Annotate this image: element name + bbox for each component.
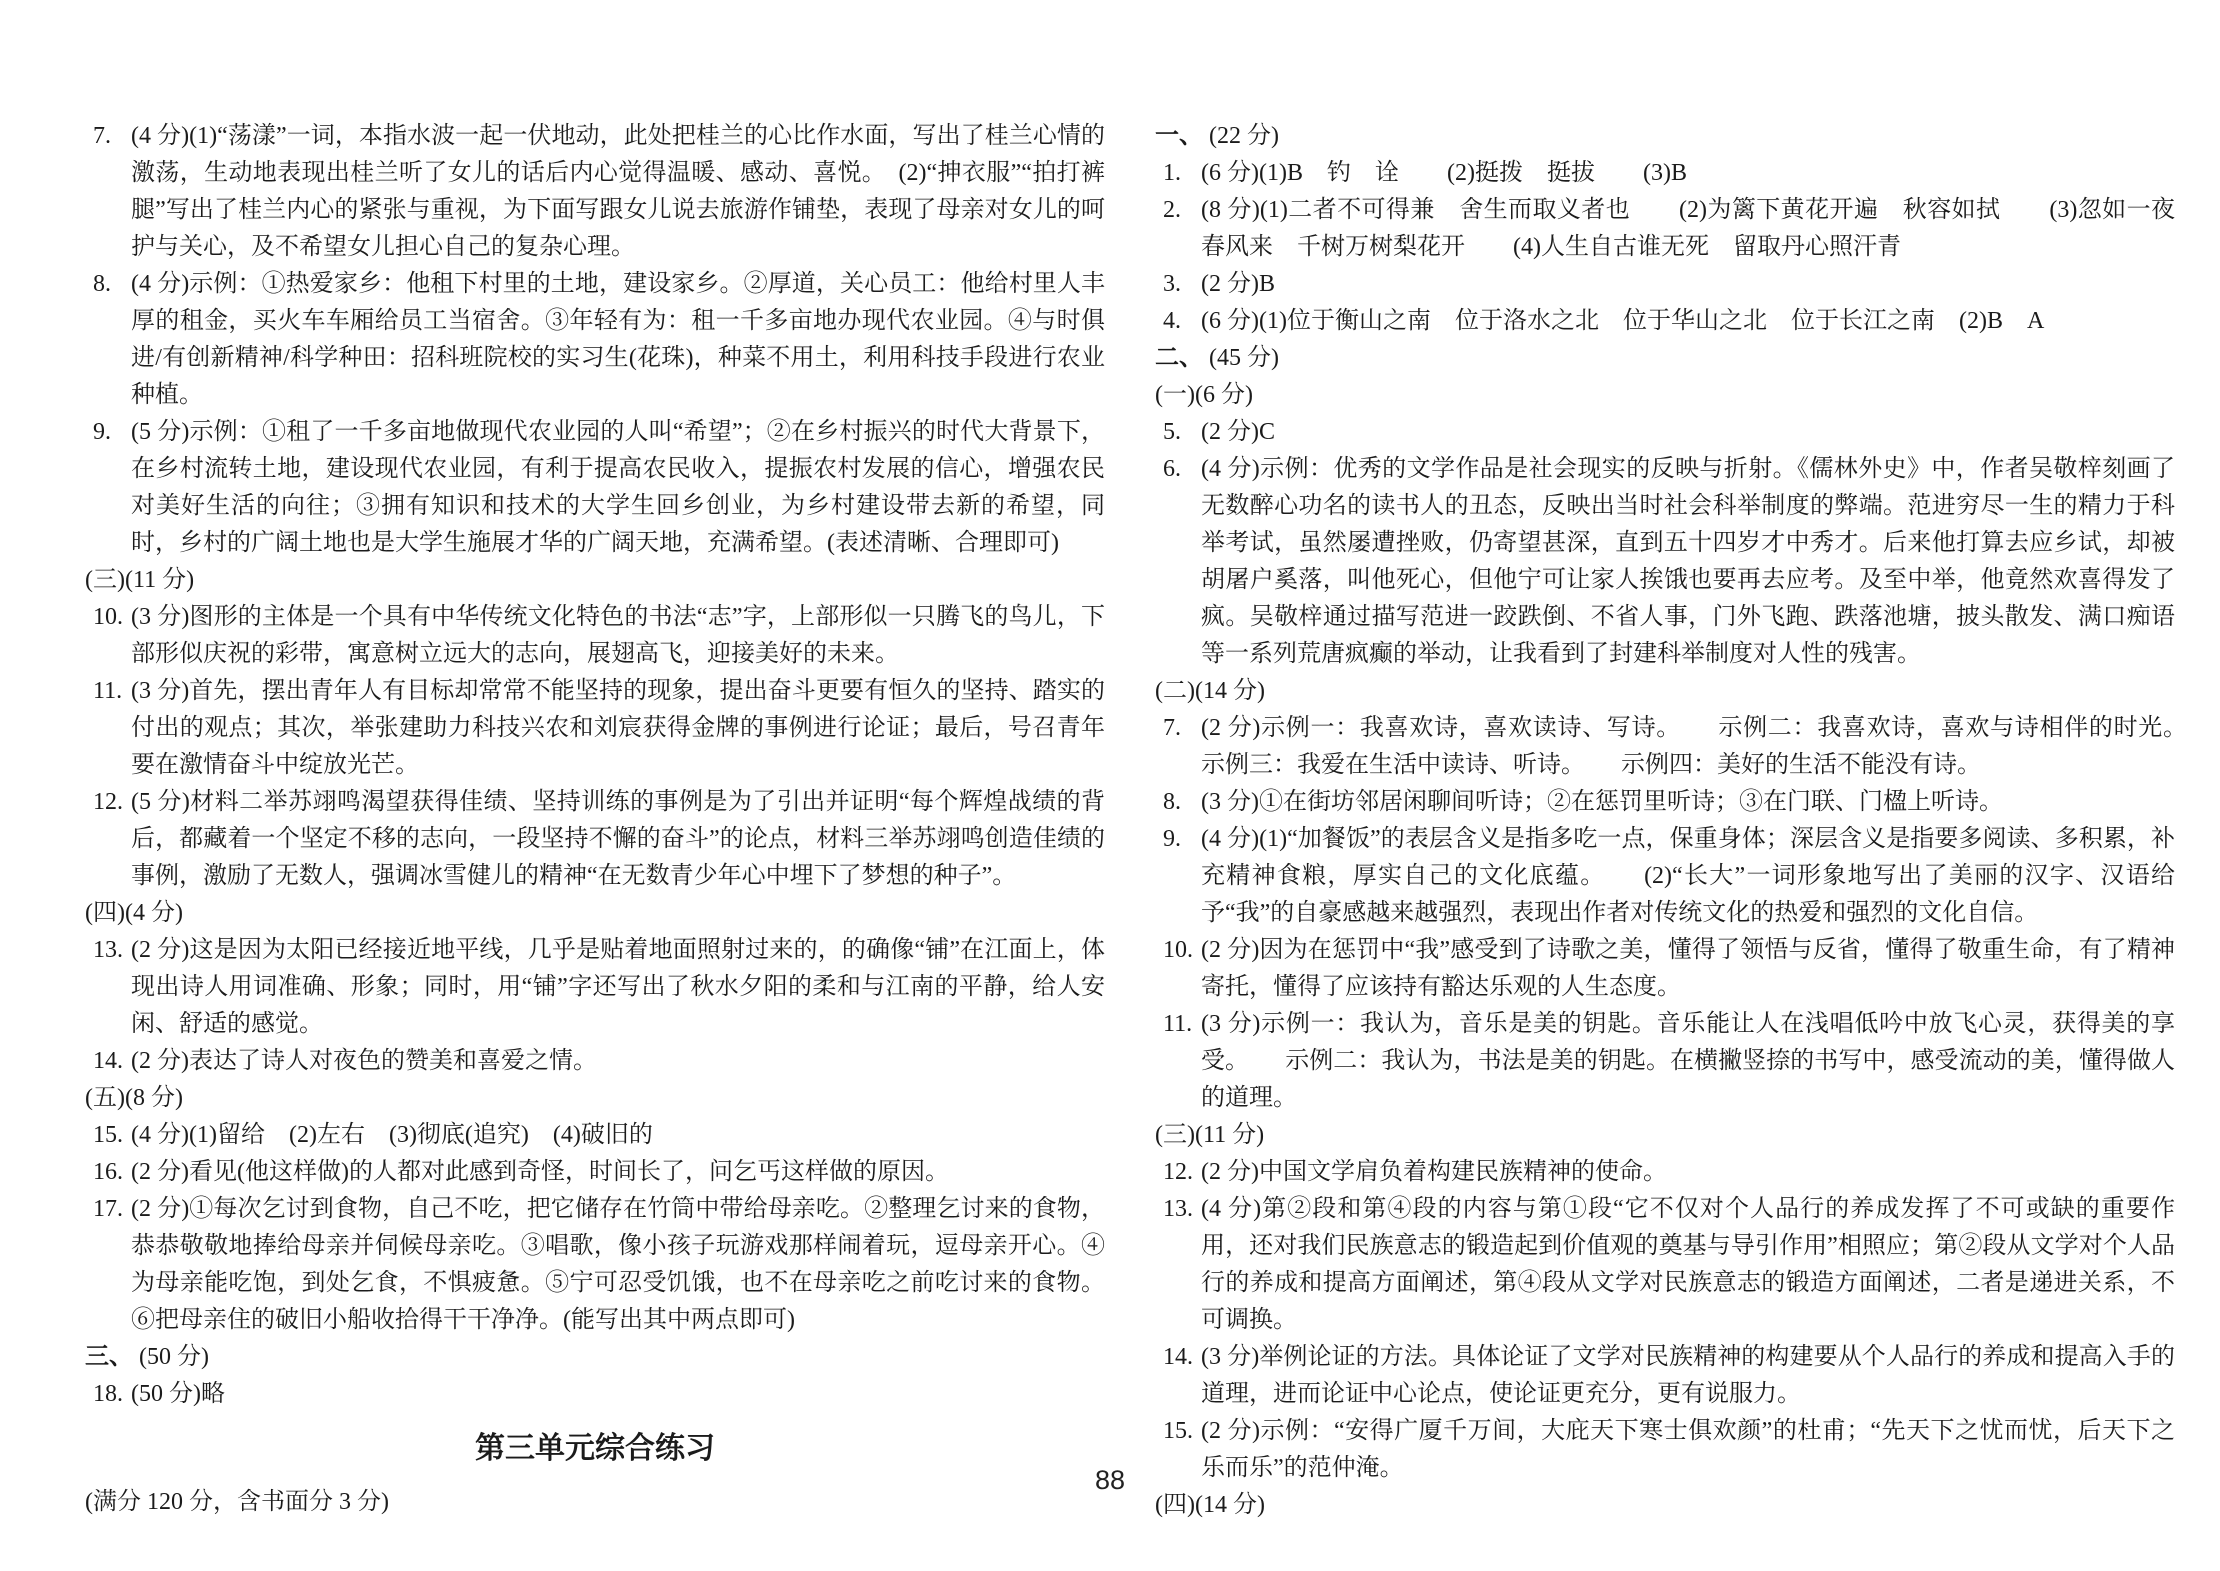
item-text: (5 分)材料二举苏翊鸣渴望获得佳绩、坚持训练的事例是为了引出并证明“每个辉煌战…: [131, 784, 1105, 895]
item-text: (满分 120 分，含书面分 3 分): [85, 1489, 389, 1515]
item-number: 8.: [85, 266, 131, 414]
answer-block: 2. (8 分)(1)二者不可得兼 舍生而取义者也 (2)为篱下黄花开遍 秋容如…: [1155, 192, 2175, 266]
answer-block: 8. (4 分)示例：①热爱家乡：他租下村里的土地，建设家乡。②厚道，关心员工：…: [85, 266, 1105, 414]
item-text: (3 分)①在街坊邻居闲聊间听诗；②在惩罚里听诗；③在门联、门楹上听诗。: [1201, 784, 2175, 821]
item-text: (2 分)表达了诗人对夜色的赞美和喜爱之情。: [131, 1043, 1105, 1080]
item-number: 12.: [1155, 1154, 1201, 1191]
item-number: 三、: [85, 1344, 133, 1370]
item-text: (2 分)示例：“安得广厦千万间，大庇天下寒士俱欢颜”的杜甫；“先天下之忧而忧，…: [1201, 1413, 2175, 1487]
answer-block: 4. (6 分)(1)位于衡山之南 位于洛水之北 位于华山之北 位于长江之南 (…: [1155, 303, 2175, 340]
answer-page: 7. (4 分)(1)“荡漾”一词，本指水波一起一伏地动，此处把桂兰的心比作水面…: [0, 0, 2220, 1571]
item-text: (6 分)(1)B 钓 诠 (2)挺拨 挺拔 (3)B: [1201, 155, 2175, 192]
answer-block: (三)(11 分): [85, 562, 1105, 599]
item-text: (8 分)(1)二者不可得兼 舍生而取义者也 (2)为篱下黄花开遍 秋容如拭 (…: [1201, 192, 2175, 266]
item-text: (2 分)因为在惩罚中“我”感受到了诗歌之美，懂得了领悟与反省，懂得了敬重生命，…: [1201, 932, 2175, 1006]
answer-block: 10. (3 分)图形的主体是一个具有中华传统文化特色的书法“志”字，上部形似一…: [85, 599, 1105, 673]
item-text: (4 分)(1)留给 (2)左右 (3)彻底(追究) (4)破旧的: [131, 1117, 1105, 1154]
item-number: 15.: [1155, 1413, 1201, 1487]
item-text: (2 分)B: [1201, 266, 2175, 303]
answer-block: 11. (3 分)示例一：我认为，音乐是美的钥匙。音乐能让人在浅唱低吟中放飞心灵…: [1155, 1006, 2175, 1117]
item-text: (三)(11 分): [85, 567, 194, 593]
item-number: 二、: [1155, 345, 1203, 371]
item-number: 10.: [85, 599, 131, 673]
answer-block: 11. (3 分)首先，摆出青年人有目标却常常不能坚持的现象，提出奋斗更要有恒久…: [85, 673, 1105, 784]
item-text: (6 分)(1)位于衡山之南 位于洛水之北 位于华山之北 位于长江之南 (2)B…: [1201, 303, 2175, 340]
item-text: (3 分)举例论证的方法。具体论证了文学对民族精神的构建要从个人品行的养成和提高…: [1201, 1339, 2175, 1413]
answer-block: 15. (4 分)(1)留给 (2)左右 (3)彻底(追究) (4)破旧的: [85, 1117, 1105, 1154]
answer-block: 9. (4 分)(1)“加餐饭”的表层含义是指多吃一点，保重身体；深层含义是指要…: [1155, 821, 2175, 932]
answer-block: 14. (2 分)表达了诗人对夜色的赞美和喜爱之情。: [85, 1043, 1105, 1080]
item-number: 9.: [1155, 821, 1201, 932]
item-text: (一)(6 分): [1155, 382, 1253, 408]
item-number: 5.: [1155, 414, 1201, 451]
item-text: (四)(4 分): [85, 900, 183, 926]
answer-block: 一、 (22 分): [1155, 118, 2175, 155]
item-text: (五)(8 分): [85, 1085, 183, 1111]
item-text: (二)(14 分): [1155, 678, 1265, 704]
item-text: (4 分)(1)“加餐饭”的表层含义是指多吃一点，保重身体；深层含义是指要多阅读…: [1201, 821, 2175, 932]
item-text: (2 分)这是因为太阳已经接近地平线，几乎是贴着地面照射过来的，的确像“铺”在江…: [131, 932, 1105, 1043]
answer-block: 7. (4 分)(1)“荡漾”一词，本指水波一起一伏地动，此处把桂兰的心比作水面…: [85, 118, 1105, 266]
item-number: 14.: [85, 1043, 131, 1080]
item-text: (4 分)第②段和第④段的内容与第①段“它不仅对个人品行的养成发挥了不可或缺的重…: [1201, 1191, 2175, 1339]
item-text: (3 分)首先，摆出青年人有目标却常常不能坚持的现象，提出奋斗更要有恒久的坚持、…: [131, 673, 1105, 784]
item-number: 17.: [85, 1191, 131, 1339]
item-text: (5 分)示例：①租了一千多亩地做现代农业园的人叫“希望”；②在乡村振兴的时代大…: [131, 414, 1105, 562]
item-number: 8.: [1155, 784, 1201, 821]
item-text: (2 分)中国文学肩负着构建民族精神的使命。: [1201, 1154, 2175, 1191]
item-text: (2 分)①每次乞讨到食物，自己不吃，把它储存在竹筒中带给母亲吃。②整理乞讨来的…: [131, 1191, 1105, 1339]
answer-block: 第三单元综合练习: [85, 1430, 1105, 1467]
item-text: (三)(11 分): [1155, 1122, 1264, 1148]
answer-block: 12. (5 分)材料二举苏翊鸣渴望获得佳绩、坚持训练的事例是为了引出并证明“每…: [85, 784, 1105, 895]
item-text: (4 分)示例：①热爱家乡：他租下村里的土地，建设家乡。②厚道，关心员工：他给村…: [131, 266, 1105, 414]
right-column: 一、 (22 分) 1. (6 分)(1)B 钓 诠 (2)挺拨 挺拔 (3)B…: [1155, 118, 2175, 1524]
item-number: 7.: [85, 118, 131, 266]
answer-block: 16. (2 分)看见(他这样做)的人都对此感到奇怪，时间长了，问乞丐这样做的原…: [85, 1154, 1105, 1191]
answer-block: 15. (2 分)示例：“安得广厦千万间，大庇天下寒士俱欢颜”的杜甫；“先天下之…: [1155, 1413, 2175, 1487]
answer-block: (四)(4 分): [85, 895, 1105, 932]
item-text: (2 分)C: [1201, 414, 2175, 451]
answer-block: (三)(11 分): [1155, 1117, 2175, 1154]
answer-block: 9. (5 分)示例：①租了一千多亩地做现代农业园的人叫“希望”；②在乡村振兴的…: [85, 414, 1105, 562]
item-number: 1.: [1155, 155, 1201, 192]
item-text: (2 分)看见(他这样做)的人都对此感到奇怪，时间长了，问乞丐这样做的原因。: [131, 1154, 1105, 1191]
item-text: (50 分)略: [131, 1376, 1105, 1413]
item-number: 9.: [85, 414, 131, 562]
answer-block: (五)(8 分): [85, 1080, 1105, 1117]
item-number: 11.: [85, 673, 131, 784]
item-number: 4.: [1155, 303, 1201, 340]
item-number: 2.: [1155, 192, 1201, 266]
answer-block: 14. (3 分)举例论证的方法。具体论证了文学对民族精神的构建要从个人品行的养…: [1155, 1339, 2175, 1413]
item-text: (45 分): [1209, 345, 1279, 371]
answer-block: 13. (4 分)第②段和第④段的内容与第①段“它不仅对个人品行的养成发挥了不可…: [1155, 1191, 2175, 1339]
item-text: (2 分)示例一：我喜欢诗，喜欢读诗、写诗。 示例二：我喜欢诗，喜欢与诗相伴的时…: [1201, 710, 2175, 784]
answer-block: 12. (2 分)中国文学肩负着构建民族精神的使命。: [1155, 1154, 2175, 1191]
answer-block: 17. (2 分)①每次乞讨到食物，自己不吃，把它储存在竹筒中带给母亲吃。②整理…: [85, 1191, 1105, 1339]
item-number: 18.: [85, 1376, 131, 1413]
answer-block: 7. (2 分)示例一：我喜欢诗，喜欢读诗、写诗。 示例二：我喜欢诗，喜欢与诗相…: [1155, 710, 2175, 784]
answer-block: 6. (4 分)示例：优秀的文学作品是社会现实的反映与折射。《儒林外史》中，作者…: [1155, 451, 2175, 673]
answer-block: 8. (3 分)①在街坊邻居闲聊间听诗；②在惩罚里听诗；③在门联、门楹上听诗。: [1155, 784, 2175, 821]
item-number: 14.: [1155, 1339, 1201, 1413]
item-number: 13.: [1155, 1191, 1201, 1339]
answer-block: 二、 (45 分): [1155, 340, 2175, 377]
item-number: 16.: [85, 1154, 131, 1191]
answer-block: 1. (6 分)(1)B 钓 诠 (2)挺拨 挺拔 (3)B: [1155, 155, 2175, 192]
answer-block: (一)(6 分): [1155, 377, 2175, 414]
answer-block: 13. (2 分)这是因为太阳已经接近地平线，几乎是贴着地面照射过来的，的确像“…: [85, 932, 1105, 1043]
item-number: 12.: [85, 784, 131, 895]
item-text: (22 分): [1209, 123, 1279, 149]
item-text: 第三单元综合练习: [475, 1432, 715, 1465]
page-number: 88: [1095, 1462, 1125, 1499]
item-number: 6.: [1155, 451, 1201, 673]
item-number: 一、: [1155, 123, 1203, 149]
answer-block: 18. (50 分)略: [85, 1376, 1105, 1413]
item-number: 3.: [1155, 266, 1201, 303]
item-number: 15.: [85, 1117, 131, 1154]
answer-block: 3. (2 分)B: [1155, 266, 2175, 303]
answer-block: (满分 120 分，含书面分 3 分): [85, 1484, 1105, 1521]
item-text: (3 分)示例一：我认为，音乐是美的钥匙。音乐能让人在浅唱低吟中放飞心灵，获得美…: [1201, 1006, 2175, 1117]
item-number: 10.: [1155, 932, 1201, 1006]
answer-columns: 7. (4 分)(1)“荡漾”一词，本指水波一起一伏地动，此处把桂兰的心比作水面…: [85, 118, 2175, 1524]
item-text: (4 分)示例：优秀的文学作品是社会现实的反映与折射。《儒林外史》中，作者吴敬梓…: [1201, 451, 2175, 673]
item-number: 13.: [85, 932, 131, 1043]
item-text: (4 分)(1)“荡漾”一词，本指水波一起一伏地动，此处把桂兰的心比作水面，写出…: [131, 118, 1105, 266]
answer-block: 三、 (50 分): [85, 1339, 1105, 1376]
item-number: 11.: [1155, 1006, 1201, 1117]
item-number: 7.: [1155, 710, 1201, 784]
answer-block: 5. (2 分)C: [1155, 414, 2175, 451]
item-text: (四)(14 分): [1155, 1492, 1265, 1518]
answer-block: 10. (2 分)因为在惩罚中“我”感受到了诗歌之美，懂得了领悟与反省，懂得了敬…: [1155, 932, 2175, 1006]
answer-block: (二)(14 分): [1155, 673, 2175, 710]
item-text: (50 分): [139, 1344, 209, 1370]
answer-block: (四)(14 分): [1155, 1487, 2175, 1524]
item-text: (3 分)图形的主体是一个具有中华传统文化特色的书法“志”字，上部形似一只腾飞的…: [131, 599, 1105, 673]
left-column: 7. (4 分)(1)“荡漾”一词，本指水波一起一伏地动，此处把桂兰的心比作水面…: [85, 118, 1105, 1524]
